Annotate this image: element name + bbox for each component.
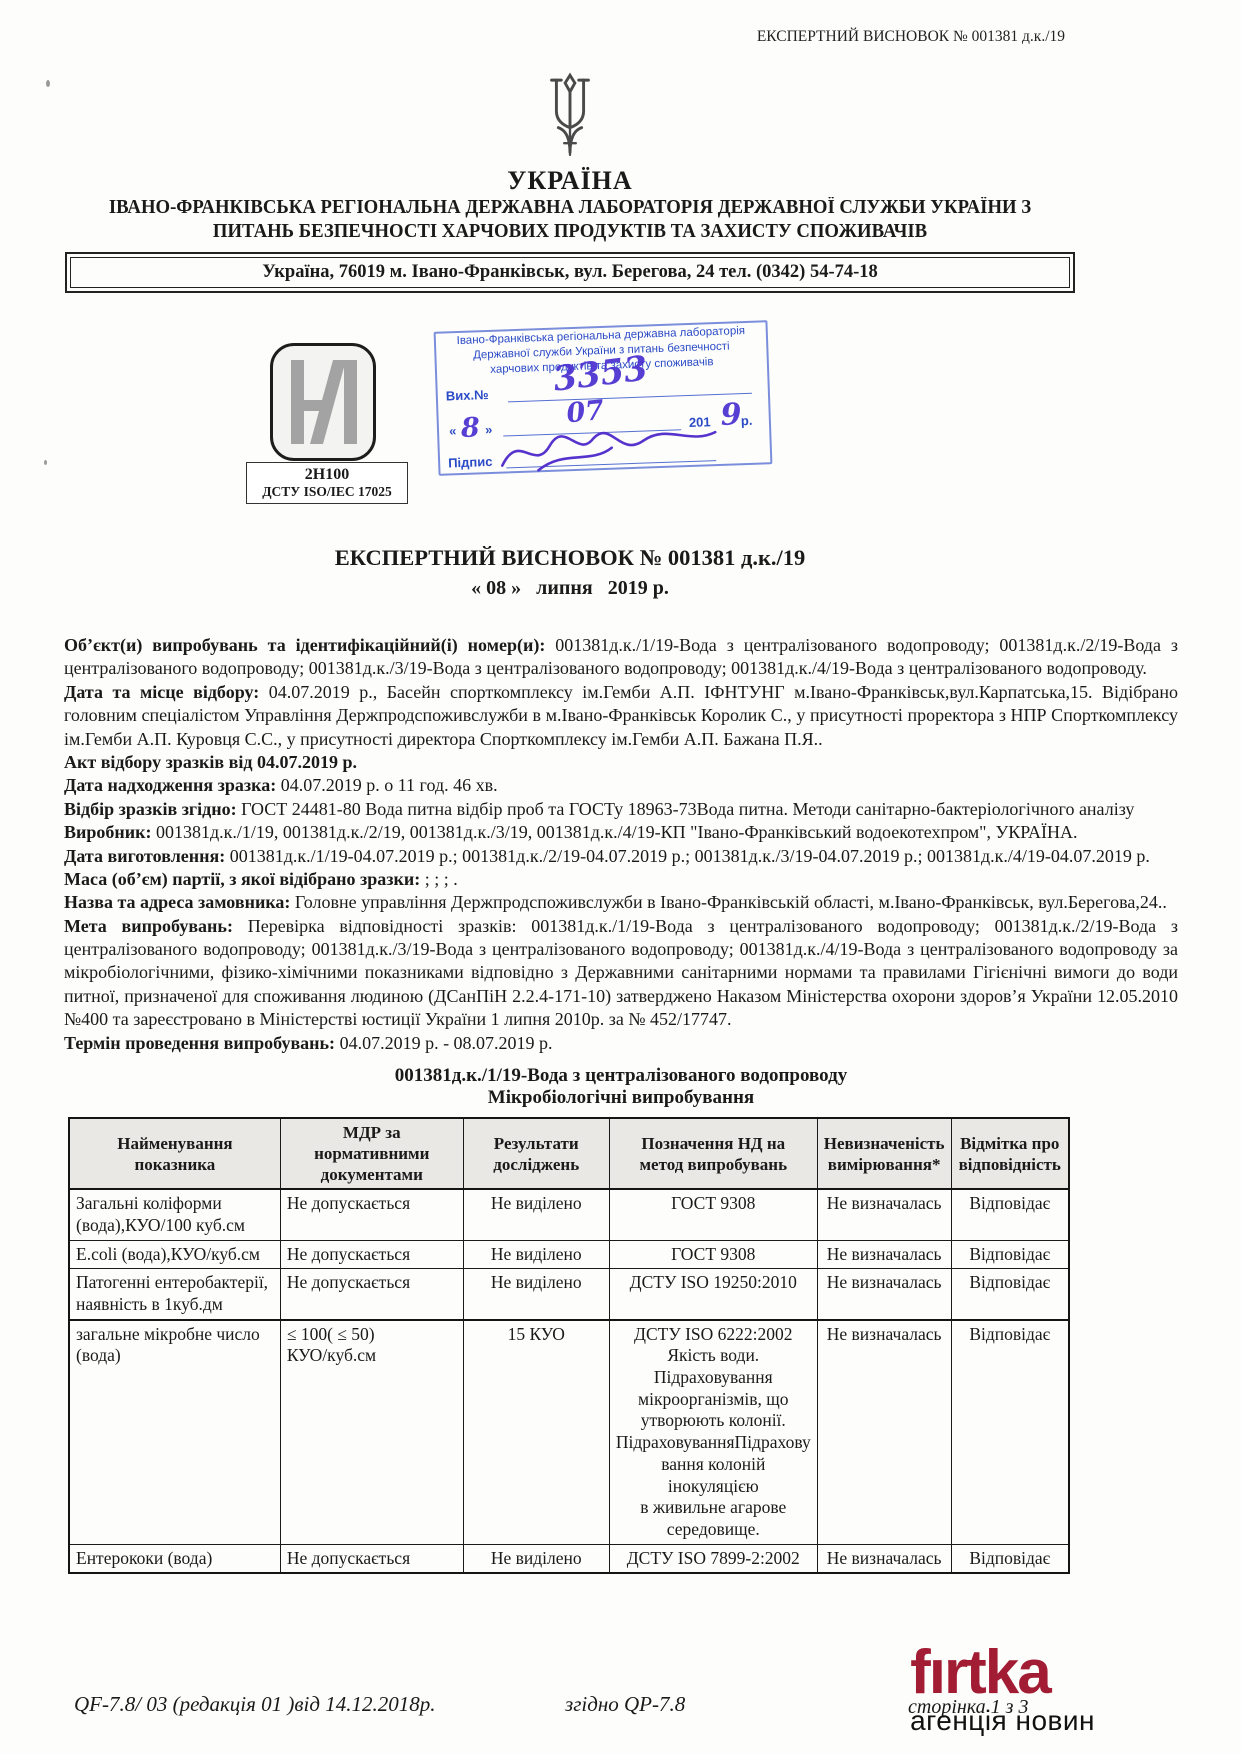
stamp-year-suffix: р. — [741, 413, 753, 428]
cell-indicator: Загальні коліформи (вода),КУО/100 куб.см — [69, 1189, 280, 1240]
col-header-indicator: Найменування показника — [69, 1118, 280, 1189]
firtka-logo-subtitle: агенція новин — [910, 1705, 1095, 1737]
document-title-block: ЕКСПЕРТНИЙ ВИСНОВОК № 001381 д.к./19 « 0… — [65, 545, 1075, 600]
cell-result: Не виділено — [463, 1240, 609, 1269]
cell-method: ДСТУ ISO 7899-2:2002 — [609, 1544, 817, 1573]
field-production-date-label: Дата виготовлення: — [64, 846, 230, 866]
stamp-handwritten-year-digit: 9 — [720, 397, 742, 433]
col-header-results: Результати досліджень — [463, 1118, 609, 1189]
naau-logo-glyph — [273, 346, 373, 458]
field-sampling-standard-label: Відбір зразків згідно: — [64, 799, 241, 819]
trident-emblem-icon — [537, 70, 603, 164]
cell-result: Не виділено — [463, 1544, 609, 1573]
footer-form-code: QF-7.8/ 03 (редакція 01 )від 14.12.2018р… — [74, 1692, 435, 1717]
cell-conformity: Відповідає — [951, 1240, 1069, 1269]
stamp-outno-label: Вих.№ — [446, 387, 489, 403]
cell-indicator: Патогенні ентеробактерії, наявність в 1к… — [69, 1269, 280, 1320]
col-header-uncertainty: Невизначеність вимірювання* — [817, 1118, 951, 1189]
stamp-day-close-quote: » — [485, 422, 493, 437]
table-row: Загальні коліформи (вода),КУО/100 куб.см… — [69, 1189, 1069, 1240]
field-sampling-act: Акт відбору зразків від 04.07.2019 р. — [64, 751, 1178, 774]
table-row: E.coli (вода),КУО/куб.см Не допускається… — [69, 1240, 1069, 1269]
field-production-date: Дата виготовлення: 001381д.к./1/19-04.07… — [64, 845, 1178, 868]
signature-scribble — [493, 414, 725, 476]
table-row: загальне мікробне число (вода) ≤ 100( ≤ … — [69, 1320, 1069, 1544]
cell-result: 15 КУО — [463, 1320, 609, 1544]
field-sampling-standard: Відбір зразків згідно: ГОСТ 24481-80 Вод… — [64, 798, 1178, 821]
cell-mdr: Не допускається — [280, 1189, 463, 1240]
cell-uncertainty: Не визначалась — [817, 1240, 951, 1269]
naau-accreditation-logo-icon — [270, 343, 376, 461]
country-title: УКРАЇНА — [65, 166, 1075, 196]
field-production-date-text: 001381д.к./1/19-04.07.2019 р.; 001381д.к… — [230, 846, 1150, 866]
cell-uncertainty: Не визначалась — [817, 1269, 951, 1320]
cell-method: ДСТУ ISO 19250:2010 — [609, 1269, 817, 1320]
org-name-line1: ІВАНО-ФРАНКІВСЬКА РЕГІОНАЛЬНА ДЕРЖАВНА Л… — [85, 196, 1055, 220]
section-title-micro: Мікробіологічні випробування — [64, 1087, 1178, 1109]
field-sampling-date-place: Дата та місце відбору: 04.07.2019 р., Ба… — [64, 681, 1178, 751]
field-customer-text: Головне управління Держпродспоживслужби … — [295, 892, 1167, 912]
field-batch-mass: Маса (об’єм) партії, з якої відібрано зр… — [64, 868, 1178, 891]
stamp-handwritten-day: 8 — [460, 412, 480, 444]
col-header-conformity: Відмітка про відповідність — [951, 1118, 1069, 1189]
field-test-period-label: Термін проведення випробувань: — [64, 1033, 340, 1053]
field-customer: Назва та адреса замовника: Головне управ… — [64, 891, 1178, 914]
cell-result: Не виділено — [463, 1269, 609, 1320]
cell-mdr: ≤ 100( ≤ 50) КУО/куб.см — [280, 1320, 463, 1544]
cell-indicator: E.coli (вода),КУО/куб.см — [69, 1240, 280, 1269]
field-arrival-date: Дата надходження зразка: 04.07.2019 р. о… — [64, 774, 1178, 797]
org-name-line2: ПИТАНЬ БЕЗПЕЧНОСТІ ХАРЧОВИХ ПРОДУКТІВ ТА… — [85, 220, 1055, 244]
document-date: « 08 » липня 2019 р. — [65, 577, 1075, 600]
cell-result: Не виділено — [463, 1189, 609, 1240]
cell-uncertainty: Не визначалась — [817, 1544, 951, 1573]
field-producer-label: Виробник: — [64, 822, 156, 842]
firtka-logo-text: fırtka — [910, 1644, 1095, 1703]
field-arrival-date-text: 04.07.2019 р. о 11 год. 46 хв. — [281, 775, 498, 795]
document-page: ЕКСПЕРТНИЙ ВИСНОВОК № 001381 д.к./19 УКР… — [0, 0, 1241, 1754]
cell-mdr: Не допускається — [280, 1544, 463, 1573]
field-customer-label: Назва та адреса замовника: — [64, 892, 295, 912]
footer-procedure: згідно QP-7.8 — [565, 1692, 685, 1717]
accreditation-code: 2Н100 — [249, 466, 405, 484]
field-object: Об’єкт(и) випробувань та ідентифікаційни… — [64, 634, 1178, 681]
accreditation-standard: ДСТУ ISO/ІЕС 17025 — [249, 484, 405, 500]
table-header-row: Найменування показника МДР за нормативни… — [69, 1118, 1069, 1189]
field-arrival-date-label: Дата надходження зразка: — [64, 775, 281, 795]
address-box: Україна, 76019 м. Івано-Франківськ, вул.… — [65, 252, 1075, 293]
cell-indicator: загальне мікробне число (вода) — [69, 1320, 280, 1544]
col-header-mdr: МДР за нормативними документами — [280, 1118, 463, 1189]
field-producer: Виробник: 001381д.к./1/19, 001381д.к./2/… — [64, 821, 1178, 844]
field-object-label: Об’єкт(и) випробувань та ідентифікаційни… — [64, 635, 555, 655]
document-title: ЕКСПЕРТНИЙ ВИСНОВОК № 001381 д.к./19 — [65, 545, 1075, 571]
cell-conformity: Відповідає — [951, 1269, 1069, 1320]
cell-uncertainty: Не визначалась — [817, 1320, 951, 1544]
document-body: Об’єкт(и) випробувань та ідентифікаційни… — [64, 634, 1178, 1574]
address-text: Україна, 76019 м. Івано-Франківськ, вул.… — [70, 257, 1070, 288]
scan-artifact — [44, 460, 47, 465]
office-stamp: Івано-Франківська регіональна державна л… — [434, 320, 773, 476]
cell-conformity: Відповідає — [951, 1544, 1069, 1573]
cell-conformity: Відповідає — [951, 1320, 1069, 1544]
field-batch-mass-text: ; ; ; . — [425, 869, 458, 889]
cell-indicator: Ентерококи (вода) — [69, 1544, 280, 1573]
field-test-period: Термін проведення випробувань: 04.07.201… — [64, 1032, 1178, 1055]
section-title-sample: 001381д.к./1/19-Вода з централізованого … — [64, 1065, 1178, 1087]
field-sampling-act-label: Акт відбору зразків від 04.07.2019 р. — [64, 752, 357, 772]
field-purpose-label: Мета випробувань: — [64, 916, 248, 936]
accreditation-box: 2Н100 ДСТУ ISO/ІЕС 17025 — [246, 462, 408, 504]
firtka-logo: fırtka агенція новин — [910, 1644, 1095, 1737]
cell-method: ДСТУ ISO 6222:2002 Якість води. Підрахов… — [609, 1320, 817, 1544]
field-purpose: Мета випробувань: Перевірка відповідност… — [64, 915, 1178, 1032]
field-producer-text: 001381д.к./1/19, 001381д.к./2/19, 001381… — [156, 822, 1077, 842]
table-row: Патогенні ентеробактерії, наявність в 1к… — [69, 1269, 1069, 1320]
stamp-day-open-quote: « — [449, 423, 457, 438]
field-sampling-label: Дата та місце відбору: — [64, 682, 269, 702]
cell-method: ГОСТ 9308 — [609, 1189, 817, 1240]
field-test-period-text: 04.07.2019 р. - 08.07.2019 р. — [340, 1033, 553, 1053]
table-row: Ентерококи (вода) Не допускається Не вид… — [69, 1544, 1069, 1573]
field-batch-mass-label: Маса (об’єм) партії, з якої відібрано зр… — [64, 869, 425, 889]
col-header-method: Позначення НД на метод випробувань — [609, 1118, 817, 1189]
cell-mdr: Не допускається — [280, 1269, 463, 1320]
cell-method: ГОСТ 9308 — [609, 1240, 817, 1269]
field-sampling-standard-text: ГОСТ 24481-80 Вода питна відбір проб та … — [241, 799, 1134, 819]
cell-mdr: Не допускається — [280, 1240, 463, 1269]
header-reference: ЕКСПЕРТНИЙ ВИСНОВОК № 001381 д.к./19 — [757, 28, 1065, 46]
document-header: УКРАЇНА ІВАНО-ФРАНКІВСЬКА РЕГІОНАЛЬНА ДЕ… — [65, 70, 1075, 293]
cell-uncertainty: Не визначалась — [817, 1189, 951, 1240]
stamp-sign-label: Підпис — [448, 454, 493, 471]
scan-artifact — [46, 80, 50, 87]
cell-conformity: Відповідає — [951, 1189, 1069, 1240]
results-table: Найменування показника МДР за нормативни… — [68, 1117, 1070, 1574]
